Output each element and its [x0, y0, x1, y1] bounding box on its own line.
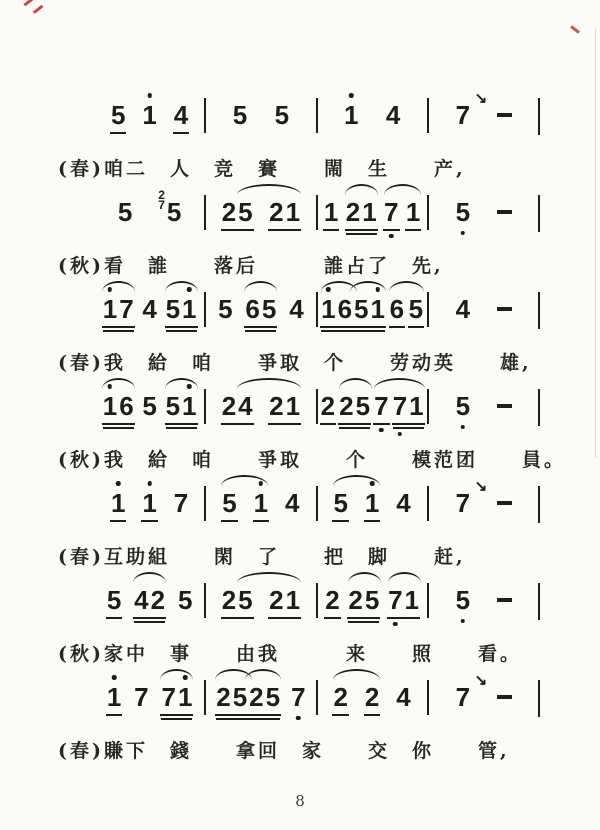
octave-dot-above: [147, 93, 152, 98]
note-group: 5: [455, 585, 471, 615]
octave-dot-below: [393, 622, 398, 627]
note-group: 51: [165, 391, 198, 421]
notation-row: 1745156541651654: [95, 278, 540, 338]
slur-arc: [221, 475, 268, 486]
note: 2: [222, 197, 236, 227]
grace-note: 7: [158, 200, 165, 210]
note: 5: [456, 391, 470, 421]
glide-down-arrow-icon: ↘: [475, 472, 488, 502]
note: 1: [286, 585, 300, 615]
note: 1: [365, 488, 379, 518]
note: 5: [178, 585, 192, 615]
note: 4: [285, 488, 299, 518]
note-group: 1: [253, 488, 269, 518]
end-barline: [538, 98, 540, 135]
glide-down-arrow-icon: ↘: [475, 84, 488, 114]
slur-arc: [245, 669, 281, 680]
red-scan-mark-top-left: [23, 0, 43, 14]
note-group: 21: [268, 197, 301, 227]
note-group: 2: [320, 391, 336, 421]
music-line: 52752521121715(秋)看 誰 落后 誰占了 先,: [0, 181, 600, 278]
notation-row: 1655124212257715: [95, 375, 540, 435]
note-group: 1: [106, 682, 122, 712]
measure: 117: [95, 488, 204, 518]
note: 1: [324, 197, 338, 227]
note: 1: [409, 391, 423, 421]
note-group: 71: [387, 585, 420, 615]
note-group: 4: [288, 294, 304, 324]
slur-arc: [333, 669, 380, 680]
slur-arc: [237, 378, 302, 389]
note: 7: [161, 682, 175, 712]
octave-dot-below: [461, 619, 466, 624]
measure: 7↘: [429, 488, 538, 518]
held-note-dash: [497, 598, 512, 602]
note: 5: [107, 585, 121, 615]
octave-dot-below: [296, 716, 301, 721]
note: 5: [354, 294, 368, 324]
end-barline: [538, 486, 540, 523]
glide-down-arrow-icon: ↘: [475, 666, 488, 696]
slur-arc: [102, 378, 135, 389]
note: 4: [134, 585, 148, 615]
sheet-page: 51455147↘(春)咱二 人 竞 賽 閙 生 产,5275252112171…: [0, 0, 600, 830]
held-note-dash: [497, 404, 512, 408]
notation-row: 52752521121715: [95, 181, 540, 241]
score: 51455147↘(春)咱二 人 竞 賽 閙 生 产,5275252112171…: [0, 84, 600, 763]
measure: 5425: [95, 585, 204, 615]
note: 1: [182, 391, 196, 421]
octave-dot-below: [461, 231, 466, 236]
note: 2: [269, 585, 283, 615]
note-group: 16: [102, 391, 135, 421]
note: 5: [118, 197, 132, 227]
note: 2: [216, 682, 230, 712]
note: 5: [456, 197, 470, 227]
note-group: 5: [455, 197, 471, 227]
note: 1: [406, 197, 420, 227]
measure: 2421: [206, 391, 315, 421]
measure: 5275: [95, 197, 204, 227]
note-group: 4: [395, 682, 411, 712]
note: 2: [325, 585, 339, 615]
held-note-dash: [497, 113, 512, 117]
octave-dot-below: [461, 425, 466, 430]
note: 5: [365, 585, 379, 615]
note: 5: [233, 682, 247, 712]
lyrics-row: (秋)看 誰 落后 誰占了 先,: [58, 251, 600, 278]
note: 2: [269, 197, 283, 227]
slur-arc: [333, 475, 380, 486]
note-group: 5: [177, 585, 193, 615]
note-group: 51: [165, 294, 198, 324]
note: 1: [362, 197, 376, 227]
note: 4: [396, 488, 410, 518]
slur-arc: [165, 281, 198, 292]
note-group: 17: [102, 294, 135, 324]
note-group: 7: [383, 197, 399, 227]
slur-arc: [389, 281, 424, 292]
note-group: 4: [173, 100, 189, 130]
notation-row: 51455147↘: [95, 84, 540, 144]
note-group: 7↘: [455, 488, 471, 518]
note-group: 24: [221, 391, 254, 421]
note: 7↘: [456, 682, 470, 712]
note: 6: [338, 294, 352, 324]
note: 1: [182, 294, 196, 324]
note: 7: [291, 682, 305, 712]
measure: 224: [318, 682, 427, 712]
note: 5: [238, 585, 252, 615]
note: 5: [222, 488, 236, 518]
slur-arc: [388, 572, 421, 583]
note: 4: [142, 294, 156, 324]
octave-dot-above: [349, 93, 354, 98]
measure: 225771: [318, 391, 427, 421]
end-barline: [538, 680, 540, 717]
measure: 1771: [95, 682, 204, 712]
note: 1: [178, 682, 192, 712]
note-group: 6: [389, 294, 405, 324]
note-group: 5: [455, 391, 471, 421]
note: 5: [166, 294, 180, 324]
measure: 5: [429, 391, 538, 421]
note: 1: [111, 488, 125, 518]
note-group: 25: [347, 585, 380, 615]
note: 1: [286, 197, 300, 227]
lyrics-row: (春)互助組 閑 了 把 脚 赶,: [58, 542, 600, 569]
note-group: 2: [364, 682, 380, 712]
note-group: 2525: [215, 682, 281, 712]
note-group: 7: [173, 488, 189, 518]
held-note-dash: [497, 307, 512, 311]
note-group: 5: [232, 100, 248, 130]
note-group: 275: [155, 197, 182, 227]
note: 5: [409, 294, 423, 324]
note: 7: [374, 391, 388, 421]
note: 1: [371, 294, 385, 324]
notation-row: 1771252572247↘: [95, 666, 540, 726]
note-group: 5: [221, 488, 237, 518]
note-group: 4: [141, 294, 157, 324]
note-group: 1: [364, 488, 380, 518]
note: 5: [456, 585, 470, 615]
page-number: 8: [0, 792, 600, 810]
note-group: 71: [160, 682, 193, 712]
note: 2: [151, 585, 165, 615]
note: 7: [134, 682, 148, 712]
note: 2: [222, 391, 236, 421]
red-scan-mark-top-right: [570, 25, 580, 34]
note: 1: [103, 391, 117, 421]
octave-dot-above: [116, 481, 121, 486]
lyrics-row: (秋)家中 事 由我 来 照 看。: [58, 639, 600, 666]
note-group: 1651: [320, 294, 386, 324]
music-line: 1175145147↘(春)互助組 閑 了 把 脚 赶,: [0, 472, 600, 569]
note-group: 21: [345, 197, 378, 227]
slur-arc: [165, 378, 198, 389]
note-group: 4: [455, 294, 471, 324]
note: 1: [321, 294, 335, 324]
measure: 165165: [318, 294, 427, 324]
measure: 12171: [318, 197, 427, 227]
note-group: 21: [268, 391, 301, 421]
note: 7: [119, 294, 133, 324]
note: 2: [346, 197, 360, 227]
held-note-dash: [497, 501, 512, 505]
music-line: 51455147↘(春)咱二 人 竞 賽 閙 生 产,: [0, 84, 600, 181]
note-group: 7↘: [455, 100, 471, 130]
note: 1: [142, 488, 156, 518]
held-note-dash: [497, 695, 512, 699]
note: 4: [396, 682, 410, 712]
note: 7↘: [456, 488, 470, 518]
lyrics-row: (春)我 給 咱 爭取 个 劳动英 雄,: [58, 348, 600, 375]
music-line: 54252521225715(秋)家中 事 由我 来 照 看。: [0, 569, 600, 666]
note: 7: [388, 585, 402, 615]
music-line: 1655124212257715(秋)我 給 咱 爭取 个 模范团 員。: [0, 375, 600, 472]
note: 2: [321, 391, 335, 421]
note: 1: [254, 488, 268, 518]
octave-dot-below: [379, 428, 384, 433]
note-group: 5: [332, 488, 348, 518]
note-group: 5: [117, 197, 133, 227]
octave-dot-above: [147, 481, 152, 486]
slur-arc: [237, 184, 302, 195]
note-group: 4: [395, 488, 411, 518]
note: 4: [386, 100, 400, 130]
end-barline: [538, 583, 540, 620]
note-group: 1: [343, 100, 359, 130]
note-group: 5: [274, 100, 290, 130]
note: 1: [107, 682, 121, 712]
note: 1: [286, 391, 300, 421]
slur-arc: [350, 281, 386, 292]
measure: 2521: [206, 585, 315, 615]
slur-arc: [102, 281, 135, 292]
note: 4: [238, 391, 252, 421]
measure: 5: [429, 197, 538, 227]
note-group: 1: [323, 197, 339, 227]
note-group: 2: [332, 682, 348, 712]
measure: 14: [318, 100, 427, 130]
note: 4: [289, 294, 303, 324]
note: 2: [249, 682, 263, 712]
note: 6: [245, 294, 259, 324]
slur-arc: [160, 669, 193, 680]
note-group: 1: [405, 197, 421, 227]
note: 1: [405, 585, 419, 615]
note-group: 7: [373, 391, 389, 421]
measure: 5: [429, 585, 538, 615]
slur-arc: [374, 378, 425, 389]
note: 6: [119, 391, 133, 421]
note-group: 4: [385, 100, 401, 130]
lyrics-row: (春)咱二 人 竞 賽 閙 生 产,: [58, 154, 600, 181]
slur-arc: [345, 184, 378, 195]
measure: 7↘: [429, 682, 538, 712]
held-note-dash: [497, 210, 512, 214]
note-group: 1: [141, 488, 157, 518]
note: 5: [111, 100, 125, 130]
measure: 17451: [95, 294, 204, 324]
measure: 514: [318, 488, 427, 518]
note: 5: [275, 100, 289, 130]
note-group: 42: [133, 585, 166, 615]
slur-arc: [348, 572, 381, 583]
slur-arc: [339, 378, 372, 389]
end-barline: [538, 389, 540, 426]
note: 5: [233, 100, 247, 130]
note-group: 21: [268, 585, 301, 615]
note: 5: [333, 488, 347, 518]
note: 7: [393, 391, 407, 421]
note: 5: [218, 294, 232, 324]
music-line: 1745156541651654(春)我 給 咱 爭取 个 劳动英 雄,: [0, 278, 600, 375]
note: 1: [344, 100, 358, 130]
note: 4: [174, 100, 188, 130]
note: 5: [167, 197, 181, 227]
note-group: 2: [324, 585, 340, 615]
slur-arc: [133, 572, 166, 583]
note: 1: [142, 100, 156, 130]
note: 2: [333, 682, 347, 712]
note-group: 25: [221, 585, 254, 615]
note: 2: [339, 391, 353, 421]
end-barline: [538, 292, 540, 329]
note: 5: [142, 391, 156, 421]
note: 7: [174, 488, 188, 518]
note: 5: [166, 391, 180, 421]
measure: 2521: [206, 197, 315, 227]
note: 5: [266, 682, 280, 712]
note: 7: [384, 197, 398, 227]
note-group: 1: [110, 488, 126, 518]
note-group: 1: [141, 100, 157, 130]
measure: 4: [429, 294, 538, 324]
note: 5: [356, 391, 370, 421]
octave-dot-above: [112, 675, 117, 680]
note: 5: [262, 294, 276, 324]
note: 2: [348, 585, 362, 615]
measure: 5654: [206, 294, 315, 324]
measure: 25257: [206, 682, 315, 712]
slur-arc: [244, 281, 277, 292]
note-group: 7: [133, 682, 149, 712]
measure: 22571: [318, 585, 427, 615]
lyrics-row: (秋)我 給 咱 爭取 个 模范团 員。: [58, 445, 600, 472]
note: 2: [222, 585, 236, 615]
octave-dot-below: [398, 432, 403, 437]
measure: 514: [206, 488, 315, 518]
note-group: 5: [106, 585, 122, 615]
music-line: 1771252572247↘(春)賺下 錢 拿回 家 交 你 管,: [0, 666, 600, 763]
slur-arc: [384, 184, 421, 195]
note-group: 65: [244, 294, 277, 324]
octave-dot-below: [389, 234, 394, 239]
note-group: 71: [392, 391, 425, 421]
measure: 16551: [95, 391, 204, 421]
note-group: 7↘: [455, 682, 471, 712]
note: 7↘: [456, 100, 470, 130]
measure: 55: [206, 100, 315, 130]
note-group: 4: [284, 488, 300, 518]
note: 1: [103, 294, 117, 324]
note-group: 25: [221, 197, 254, 227]
note: 2: [269, 391, 283, 421]
grace-notes: 27: [158, 190, 165, 220]
note-group: 5: [217, 294, 233, 324]
lyrics-row: (春)賺下 錢 拿回 家 交 你 管,: [58, 736, 600, 763]
measure: 7↘: [429, 100, 538, 130]
note-group: 7: [290, 682, 306, 712]
end-barline: [538, 195, 540, 232]
note-group: 5: [408, 294, 424, 324]
measure: 514: [95, 100, 204, 130]
notation-row: 1175145147↘: [95, 472, 540, 532]
note: 2: [365, 682, 379, 712]
note: 5: [238, 197, 252, 227]
note-group: 5: [141, 391, 157, 421]
slur-arc: [237, 572, 302, 583]
note: 4: [456, 294, 470, 324]
notation-row: 54252521225715: [95, 569, 540, 629]
note-group: 25: [338, 391, 371, 421]
note: 6: [390, 294, 404, 324]
note-group: 5: [110, 100, 126, 130]
